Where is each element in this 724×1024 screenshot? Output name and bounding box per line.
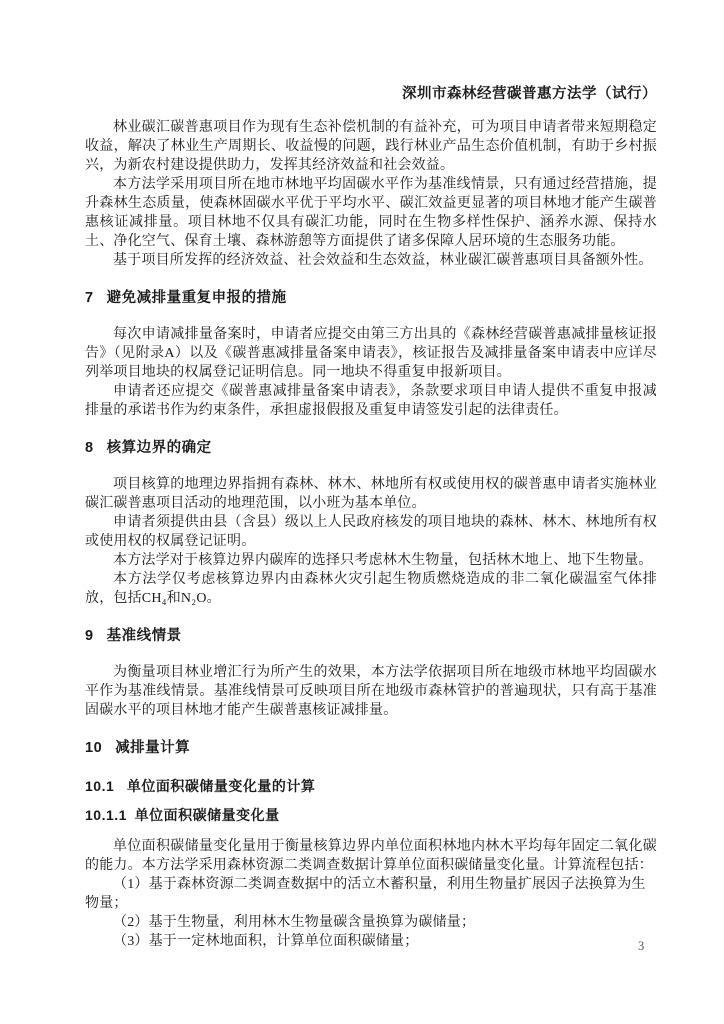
page-number: 3 [638, 939, 644, 954]
section-10-1-1-paragraph-1: 单位面积碳储量变化量用于衡量核算边界内单位面积林地内林木平均每年固定二氧化碳的能… [85, 837, 657, 875]
section-10-title: 减排量计算 [115, 740, 190, 756]
intro-paragraph-3: 基于项目所发挥的经济效益、社会效益和生态效益，林业碳汇碳普惠项目具备额外性。 [85, 251, 657, 270]
section-10-1-1-title: 单位面积碳储量变化量 [135, 807, 280, 823]
section-10-1-title: 单位面积碳储量变化量的计算 [127, 778, 316, 794]
section-10-heading: 10减排量计算 [85, 739, 657, 758]
intro-block: 林业碳汇碳普惠项目作为现有生态补偿机制的有益补充，可为项目申请者带来短期稳定收益… [85, 118, 657, 270]
section-7-title: 避免减排量重复申报的措施 [107, 290, 287, 306]
section-8-paragraph-3: 本方法学对于核算边界内碳库的选择只考虑林木生物量，包括林木地上、地下生物量。 [85, 551, 657, 570]
calc-step-item-3: （3）基于一定林地面积，计算单位面积碳储量； [85, 932, 657, 951]
section-9-heading: 9基准线情景 [85, 627, 657, 646]
section-9-number: 9 [85, 627, 94, 646]
section-8-number: 8 [85, 439, 94, 458]
section-10-1-heading: 10.1单位面积碳储量变化量的计算 [85, 777, 657, 796]
section-10-1-1-number: 10.1.1 [85, 806, 127, 825]
section-7-paragraph-1: 每次申请减排量备案时，申请者应提交由第三方出具的《森林经营碳普惠减排量核证报告》… [85, 325, 657, 382]
section-8-paragraph-2: 申请者须提供由县（含县）级以上人民政府核发的项目地块的森林、林木、林地所有权或使… [85, 513, 657, 551]
section-8-paragraph-1: 项目核算的地理边界指拥有森林、林木、林地所有权或使用权的碳普惠申请者实施林业碳汇… [85, 475, 657, 513]
calc-step-item-1: （1）基于森林资源二类调查数据中的活立木蓄积量，利用生物量扩展因子法换算为生物量… [85, 875, 657, 913]
section-10-1-1-heading: 10.1.1单位面积碳储量变化量 [85, 806, 657, 825]
running-header: 深圳市森林经营碳普惠方法学（试行） [85, 85, 657, 103]
section-9-title: 基准线情景 [107, 628, 182, 644]
section-8-title: 核算边界的确定 [107, 440, 212, 456]
section-7-number: 7 [85, 289, 94, 308]
section-7-heading: 7避免减排量重复申报的措施 [85, 289, 657, 308]
intro-paragraph-1: 林业碳汇碳普惠项目作为现有生态补偿机制的有益补充，可为项目申请者带来短期稳定收益… [85, 118, 657, 175]
section-8-paragraph-4: 本方法学仅考虑核算边界内由森林火灾引起生物质燃烧造成的非二氧化碳温室气体排放，包… [85, 570, 657, 608]
document-page: 深圳市森林经营碳普惠方法学（试行） 林业碳汇碳普惠项目作为现有生态补偿机制的有益… [0, 0, 724, 1024]
section-9-paragraph-1: 为衡量项目林业增汇行为所产生的效果，本方法学依据项目所在地级市林地平均固碳水平作… [85, 663, 657, 720]
section-10-number: 10 [85, 739, 102, 758]
page-content: 深圳市森林经营碳普惠方法学（试行） 林业碳汇碳普惠项目作为现有生态补偿机制的有益… [85, 0, 657, 951]
section-10-1-number: 10.1 [85, 777, 114, 796]
section-7-paragraph-2: 申请者还应提交《碳普惠减排量备案申请表》，条款要求项目申请人提供不重复申报减排量… [85, 382, 657, 420]
intro-paragraph-2: 本方法学采用项目所在地市林地平均固碳水平作为基准线情景，只有通过经营措施，提升森… [85, 175, 657, 251]
section-8-heading: 8核算边界的确定 [85, 439, 657, 458]
calc-step-item-2: （2）基于生物量，利用林木生物量碳含量换算为碳储量； [85, 913, 657, 932]
